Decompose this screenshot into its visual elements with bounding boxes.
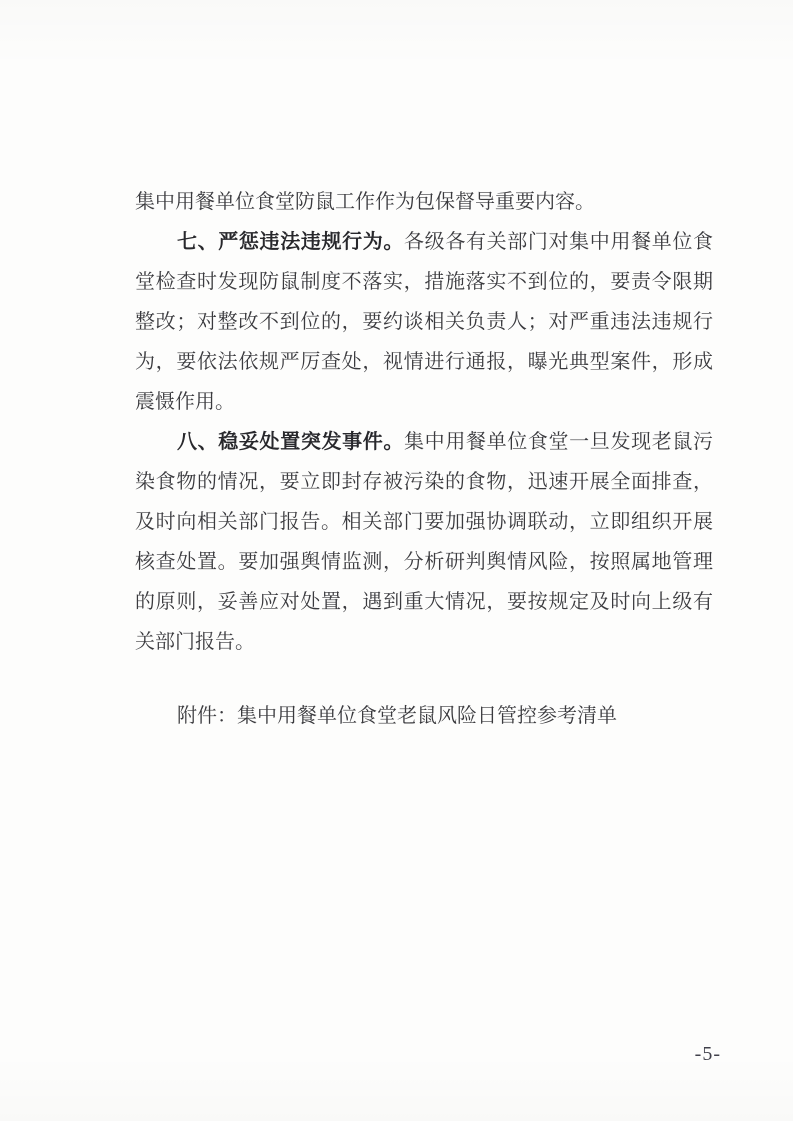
- text-line: 整改；对整改不到位的，要约谈相关负责人；对严重违法违规行: [135, 302, 713, 342]
- body-text: 震慑作用。: [135, 391, 235, 413]
- text-line: 染食物的情况，要立即封存被污染的食物，迅速开展全面排查，: [135, 462, 713, 502]
- body-text: 各级各有关部门对集中用餐单位食: [404, 231, 713, 253]
- body-text: 集中用餐单位食堂一旦发现老鼠污: [404, 431, 713, 453]
- body-text: 集中用餐单位食堂防鼠工作作为包保督导重要内容。: [135, 191, 595, 213]
- page-number: -5-: [695, 1042, 721, 1066]
- body-text: 关部门报告。: [135, 631, 255, 653]
- body-text: 核查处置。要加强舆情监测，分析研判舆情风险，按照属地管理: [135, 551, 713, 573]
- text-line: 八、稳妥处置突发事件。集中用餐单位食堂一旦发现老鼠污: [135, 422, 713, 462]
- body-text: 为，要依法依规严厉查处，视情进行通报，曝光典型案件，形成: [135, 351, 713, 373]
- text-line: 震慑作用。: [135, 382, 713, 422]
- text-line: 附件：集中用餐单位食堂老鼠风险日管控参考清单: [135, 696, 713, 736]
- text-line: 七、严惩违法违规行为。各级各有关部门对集中用餐单位食: [135, 222, 713, 262]
- document-body: 集中用餐单位食堂防鼠工作作为包保督导重要内容。七、严惩违法违规行为。各级各有关部…: [135, 182, 713, 736]
- body-text: 堂检查时发现防鼠制度不落实，措施落实不到位的，要责令限期: [135, 271, 713, 293]
- text-line: 堂检查时发现防鼠制度不落实，措施落实不到位的，要责令限期: [135, 262, 713, 302]
- body-text: 附件：集中用餐单位食堂老鼠风险日管控参考清单: [177, 705, 617, 727]
- section-heading-text: 八、稳妥处置突发事件。: [177, 431, 404, 453]
- body-text: 整改；对整改不到位的，要约谈相关负责人；对严重违法违规行: [135, 311, 713, 333]
- body-text: 及时向相关部门报告。相关部门要加强协调联动，立即组织开展: [135, 511, 713, 533]
- body-text: 的原则，妥善应对处置，遇到重大情况，要按规定及时向上级有: [135, 591, 713, 613]
- body-text: 染食物的情况，要立即封存被污染的食物，迅速开展全面排查，: [135, 471, 713, 493]
- section-heading-text: 七、严惩违法违规行为。: [177, 231, 404, 253]
- text-line: 集中用餐单位食堂防鼠工作作为包保督导重要内容。: [135, 182, 713, 222]
- text-line: 及时向相关部门报告。相关部门要加强协调联动，立即组织开展: [135, 502, 713, 542]
- text-line: 的原则，妥善应对处置，遇到重大情况，要按规定及时向上级有: [135, 582, 713, 622]
- text-line: 核查处置。要加强舆情监测，分析研判舆情风险，按照属地管理: [135, 542, 713, 582]
- document-page: 集中用餐单位食堂防鼠工作作为包保督导重要内容。七、严惩违法违规行为。各级各有关部…: [0, 0, 793, 1121]
- text-line: 为，要依法依规严厉查处，视情进行通报，曝光典型案件，形成: [135, 342, 713, 382]
- text-line: 关部门报告。: [135, 622, 713, 662]
